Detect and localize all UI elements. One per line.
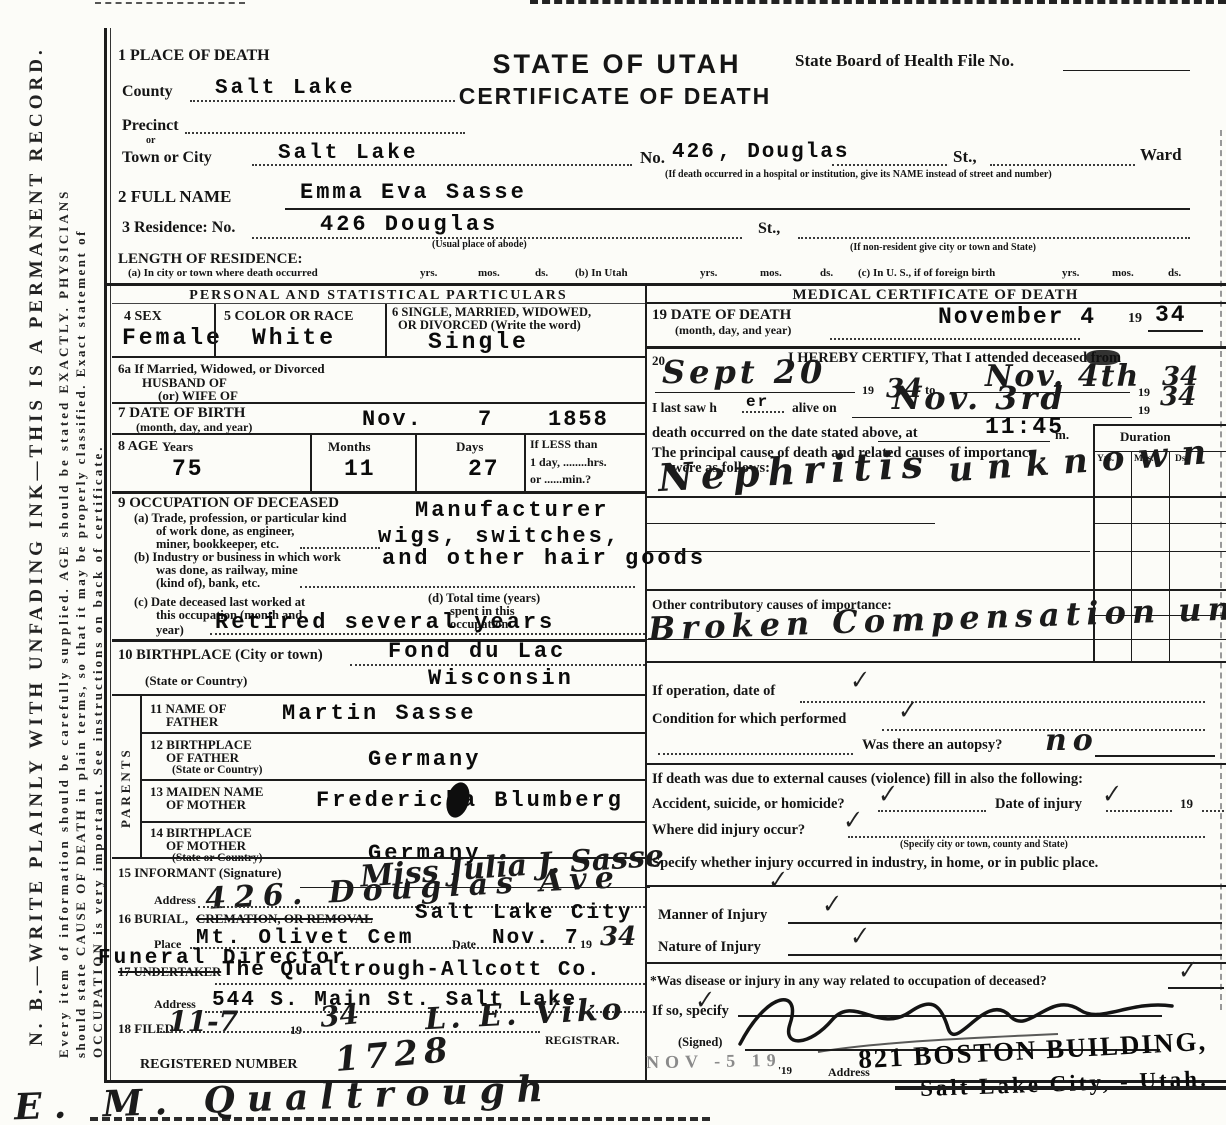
death-certificate-scan: N. B.—WRITE PLAINLY WITH UNFADING INK—TH… bbox=[0, 0, 1226, 1125]
personal-section-title: PERSONAL AND STATISTICAL PARTICULARS bbox=[112, 289, 645, 304]
divider bbox=[1093, 551, 1226, 552]
fill-line bbox=[990, 164, 1135, 166]
if-less-label: If LESS than bbox=[530, 438, 597, 451]
divider bbox=[140, 779, 645, 781]
divider bbox=[214, 304, 216, 356]
margin-note-nb: N. B.—WRITE PLAINLY WITH UNFADING INK—TH… bbox=[26, 46, 48, 1046]
divider bbox=[112, 433, 645, 435]
checkmark: ✓ bbox=[695, 984, 716, 1016]
fill-line bbox=[848, 836, 1205, 838]
sex-label: 4 SEX bbox=[124, 310, 162, 325]
registrar-label: REGISTRAR. bbox=[545, 1034, 619, 1047]
divider bbox=[645, 763, 1226, 765]
contributory-value: Broken Compensation unknown bbox=[648, 587, 1226, 645]
or-word: or bbox=[146, 136, 155, 147]
last-saw-er-value: er bbox=[746, 394, 769, 410]
fill-line bbox=[878, 810, 986, 812]
yrs-label: yrs. bbox=[1062, 268, 1079, 280]
mos-label: mos. bbox=[1112, 268, 1134, 280]
mother-name-value: Fredericka Blumberg bbox=[316, 790, 624, 812]
where-injury-note: (Specify city or town, county and State) bbox=[900, 840, 1068, 851]
death-occurred-label: death occurred on the date stated above,… bbox=[652, 426, 918, 441]
fill-line bbox=[285, 208, 1190, 210]
father-birthplace-label-2: OF FATHER bbox=[166, 751, 239, 765]
fill-line bbox=[1063, 70, 1190, 71]
informant-label: 15 INFORMANT (Signature) bbox=[118, 866, 281, 880]
dob-month-value: Nov. bbox=[362, 409, 423, 431]
lastsaw-19-label: 19 bbox=[1138, 404, 1150, 417]
fill-line bbox=[798, 237, 1190, 239]
checkmark: ✓ bbox=[898, 694, 919, 726]
fill-line bbox=[645, 551, 1090, 552]
undertaker-value: The Qualtrough-Allcott Co. bbox=[222, 960, 602, 981]
length-seg-b: (b) In Utah bbox=[575, 268, 628, 280]
divider bbox=[140, 732, 645, 734]
full-name-label: 2 FULL NAME bbox=[118, 188, 231, 206]
where-injury-label: Where did injury occur? bbox=[652, 823, 805, 838]
checkmark: ✓ bbox=[843, 804, 864, 836]
wife-of-label: (or) WIFE OF bbox=[158, 389, 238, 403]
checkmark: ✓ bbox=[1178, 954, 1199, 986]
fill-line bbox=[830, 338, 1080, 340]
fill-line bbox=[300, 586, 635, 588]
age-years-label: Years bbox=[162, 440, 193, 454]
signed-label: (Signed) bbox=[678, 1036, 722, 1049]
residence-label: 3 Residence: No. bbox=[122, 220, 235, 237]
divider bbox=[645, 962, 1226, 964]
divider bbox=[1093, 424, 1226, 426]
ds-label: ds. bbox=[1168, 268, 1181, 280]
filed-label: 18 FILED bbox=[118, 1022, 174, 1036]
fill-line bbox=[1106, 810, 1172, 812]
checkmark: ✓ bbox=[768, 864, 789, 896]
certificate-title: CERTIFICATE OF DEATH bbox=[455, 84, 775, 108]
divider bbox=[524, 433, 526, 491]
duration-mos-label: Mos. bbox=[1134, 455, 1154, 465]
fill-line bbox=[185, 132, 465, 134]
divider bbox=[1169, 451, 1170, 662]
last-saw-alive-label: alive on bbox=[792, 401, 837, 415]
duration-yrs-label: Yrs. bbox=[1097, 455, 1114, 465]
divider bbox=[140, 694, 142, 858]
fill-line bbox=[190, 100, 455, 102]
sex-value: Female bbox=[122, 327, 223, 350]
lastsaw-year-value: 34 bbox=[1160, 384, 1196, 410]
birthplace-state-label: (State or Country) bbox=[145, 674, 247, 688]
age-days-label: Days bbox=[456, 440, 483, 454]
margin-note-line2: Every item of information should be care… bbox=[56, 189, 72, 1058]
duration-label: Duration bbox=[1120, 430, 1171, 444]
operation-label: If operation, date of bbox=[652, 684, 775, 699]
house-no-label: No. bbox=[640, 149, 665, 167]
age-days-value: 27 bbox=[468, 458, 500, 481]
condition-label: Condition for which performed bbox=[652, 712, 846, 727]
age-months-label: Months bbox=[328, 440, 371, 454]
checkmark: ✓ bbox=[850, 920, 871, 952]
yrs-label: yrs. bbox=[700, 268, 717, 280]
full-name-value: Emma Eva Sasse bbox=[300, 182, 527, 204]
birthplace-city-value: Fond du Lac bbox=[388, 641, 566, 663]
mother-name-label-2: OF MOTHER bbox=[166, 798, 246, 812]
checkmark: ✓ bbox=[850, 664, 871, 696]
dob-year-value: 1858 bbox=[548, 409, 609, 431]
divider bbox=[112, 491, 645, 494]
file-no-label: State Board of Health File No. bbox=[795, 52, 1014, 70]
fill-line bbox=[645, 639, 1226, 640]
divider bbox=[895, 1086, 1226, 1090]
age-label: 8 AGE bbox=[118, 440, 158, 455]
ward-label: Ward bbox=[1140, 146, 1182, 164]
margin-note-line3: should state CAUSE OF DEATH in plain ter… bbox=[73, 229, 89, 1058]
divider bbox=[1093, 451, 1226, 452]
checkmark: ✓ bbox=[1102, 778, 1123, 810]
date-of-death-label: 19 DATE OF DEATH bbox=[652, 308, 791, 324]
divider bbox=[1093, 523, 1226, 524]
registrar-signature: L. E. Viko bbox=[424, 995, 626, 1035]
residence-value: 426 Douglas bbox=[320, 214, 498, 236]
if-less-min-label: or ......min.? bbox=[530, 473, 591, 486]
burial-year-value: 34 bbox=[600, 924, 636, 950]
father-name-label-2: FATHER bbox=[166, 715, 218, 729]
last-saw-date-value: Nov. 3rd bbox=[892, 382, 1066, 414]
occupation-c-label-3: year) bbox=[156, 624, 184, 637]
ink-blot bbox=[443, 780, 474, 820]
occupation-label: 9 OCCUPATION OF DECEASED bbox=[118, 496, 339, 512]
mos-label: mos. bbox=[760, 268, 782, 280]
cause-of-death-value: Nephritis bbox=[657, 445, 932, 497]
divider bbox=[112, 402, 645, 404]
divider bbox=[415, 433, 417, 491]
race-value: White bbox=[252, 327, 336, 350]
item6a-label: 6a If Married, Widowed, or Divorced bbox=[118, 362, 325, 376]
fill-line bbox=[742, 411, 784, 413]
death-time-value: 11:45 bbox=[985, 416, 1064, 439]
divider bbox=[1220, 130, 1222, 1010]
county-value: Salt Lake bbox=[215, 78, 355, 99]
nature-of-injury-label: Nature of Injury bbox=[658, 940, 761, 955]
town-label: Town or City bbox=[122, 150, 212, 167]
divider bbox=[112, 303, 645, 304]
occupation-a-value: Manufacturer bbox=[415, 500, 609, 522]
father-birthplace-value: Germany bbox=[368, 749, 481, 771]
occupation-b-label-3: (kind of), bank, etc. bbox=[156, 577, 260, 590]
occupation-a-value-2: wigs, switches, bbox=[378, 526, 621, 548]
checkmark: ✓ bbox=[822, 888, 843, 920]
received-date-stamp: NOV -5 19 bbox=[646, 1051, 782, 1072]
divider bbox=[112, 694, 645, 696]
race-label: 5 COLOR OR RACE bbox=[224, 310, 354, 325]
hospital-note: (If death occurred in a hospital or inst… bbox=[665, 170, 1052, 181]
father-birthplace-label-3: (State or Country) bbox=[172, 764, 263, 776]
marital-value: Single bbox=[428, 331, 529, 354]
fill-line bbox=[645, 523, 935, 524]
st-label: St., bbox=[953, 148, 977, 166]
burial-19-label: 19 bbox=[580, 938, 592, 951]
divider bbox=[645, 589, 1226, 591]
to-19-label: 19 bbox=[1138, 386, 1150, 399]
fill-line bbox=[788, 954, 1222, 956]
occupation-c-value: Retired several years bbox=[215, 612, 555, 634]
parents-side-label: PARENTS bbox=[118, 747, 134, 828]
autopsy-value: no bbox=[1045, 726, 1099, 756]
burial-place-value: Mt. Olivet Cem bbox=[196, 928, 414, 949]
county-label: County bbox=[122, 84, 173, 101]
fill-line bbox=[800, 701, 1205, 703]
divider bbox=[645, 885, 1226, 887]
divider bbox=[110, 28, 111, 1082]
dod-year-value: 34 bbox=[1155, 304, 1187, 327]
state-title: STATE OF UTAH bbox=[467, 50, 767, 78]
from-19-label: 19 bbox=[862, 384, 874, 397]
fill-line bbox=[215, 983, 645, 985]
house-no-value: 426 bbox=[672, 142, 716, 163]
divider bbox=[645, 496, 1226, 498]
divider bbox=[530, 0, 1226, 4]
informant-address-label: Address bbox=[154, 894, 196, 907]
birthplace-label: 10 BIRTHPLACE (City or town) bbox=[118, 648, 323, 663]
fill-line bbox=[300, 547, 380, 549]
autopsy-label: Was there an autopsy? bbox=[862, 738, 1002, 753]
fill-line bbox=[658, 753, 853, 755]
time-m-label: m. bbox=[1055, 428, 1069, 442]
registered-number-label: REGISTERED NUMBER bbox=[140, 1058, 298, 1073]
fill-line bbox=[832, 164, 947, 166]
age-months-value: 11 bbox=[344, 458, 376, 481]
nonresident-note: (If non-resident give city or town and S… bbox=[850, 243, 1036, 254]
father-name-value: Martin Sasse bbox=[282, 703, 476, 725]
divider bbox=[645, 346, 1226, 349]
if-less-hrs-label: 1 day, ........hrs. bbox=[530, 456, 607, 469]
length-seg-a: (a) In city or town where death occurred bbox=[128, 268, 318, 280]
divider bbox=[310, 433, 312, 491]
filed-year-value: 34 bbox=[319, 1000, 361, 1032]
residence-st-label: St., bbox=[758, 221, 780, 238]
attended-from-value: Sept 20 bbox=[662, 356, 826, 388]
town-value: Salt Lake bbox=[278, 143, 418, 164]
divider bbox=[112, 356, 645, 358]
burial-date-value: Nov. 7 bbox=[492, 928, 580, 949]
mother-birthplace-label-2: OF MOTHER bbox=[166, 839, 246, 853]
length-seg-c: (c) In U. S., if of foreign birth bbox=[858, 268, 995, 280]
address-stamp-line2: Salt Lake City, - Utah. bbox=[920, 1067, 1209, 1101]
divider bbox=[104, 283, 1226, 286]
birthplace-state-value: Wisconsin bbox=[428, 668, 574, 690]
ds-label: ds. bbox=[535, 268, 548, 280]
divider bbox=[645, 661, 1226, 663]
abode-note: (Usual place of abode) bbox=[432, 240, 527, 251]
precinct-label: Precinct bbox=[122, 118, 179, 135]
undertaker-label: 17 UNDERTAKER bbox=[118, 966, 221, 979]
divider bbox=[645, 302, 1226, 304]
date-of-death-value: November 4 bbox=[938, 306, 1096, 329]
external-causes-label: If death was due to external causes (vio… bbox=[652, 772, 1083, 787]
checkmark: ✓ bbox=[878, 778, 899, 810]
accident-label: Accident, suicide, or homicide? bbox=[652, 797, 845, 812]
fill-line bbox=[210, 633, 645, 635]
divider bbox=[95, 2, 245, 4]
dob-sublabel: (month, day, and year) bbox=[136, 421, 252, 434]
manner-of-injury-label: Manner of Injury bbox=[658, 908, 767, 923]
duration-ds-label: Ds. bbox=[1175, 455, 1188, 465]
injury-19-label: 19 bbox=[1180, 797, 1193, 811]
divider bbox=[104, 28, 107, 1082]
place-of-death-label: 1 PLACE OF DEATH bbox=[118, 48, 270, 65]
divider bbox=[385, 304, 387, 356]
burial-label-struck: CREMATION, OR REMOVAL bbox=[196, 912, 373, 926]
fill-line bbox=[1202, 810, 1224, 812]
yrs-label: yrs. bbox=[420, 268, 437, 280]
ds-label: ds. bbox=[820, 268, 833, 280]
if-so-specify-label: If so, specify bbox=[652, 1004, 729, 1019]
date-of-injury-label: Date of injury bbox=[995, 797, 1082, 812]
registered-number-value: 1728 bbox=[334, 1033, 455, 1077]
sig-19-label: '19 bbox=[778, 1066, 792, 1078]
dob-day-value: 7 bbox=[478, 409, 493, 431]
specify-injury-label: Specify whether injury occurred in indus… bbox=[652, 856, 1098, 871]
fill-line bbox=[160, 1031, 540, 1033]
mos-label: mos. bbox=[478, 268, 500, 280]
street-value: , Douglas bbox=[718, 142, 849, 163]
age-years-value: 75 bbox=[172, 458, 204, 481]
burial-label: 16 BURIAL, bbox=[118, 912, 188, 926]
dod-19-label: 19 bbox=[1128, 312, 1142, 327]
fill-line bbox=[1095, 755, 1215, 757]
burial-value: Salt Lake City bbox=[415, 903, 633, 924]
fill-line bbox=[252, 164, 632, 166]
divider bbox=[140, 821, 645, 823]
fill-line bbox=[882, 729, 1205, 731]
date-of-death-sublabel: (month, day, and year) bbox=[675, 324, 791, 337]
length-of-residence-label: LENGTH OF RESIDENCE: bbox=[118, 252, 302, 268]
fill-line bbox=[1148, 330, 1203, 332]
last-saw-label: I last saw h bbox=[652, 401, 717, 415]
